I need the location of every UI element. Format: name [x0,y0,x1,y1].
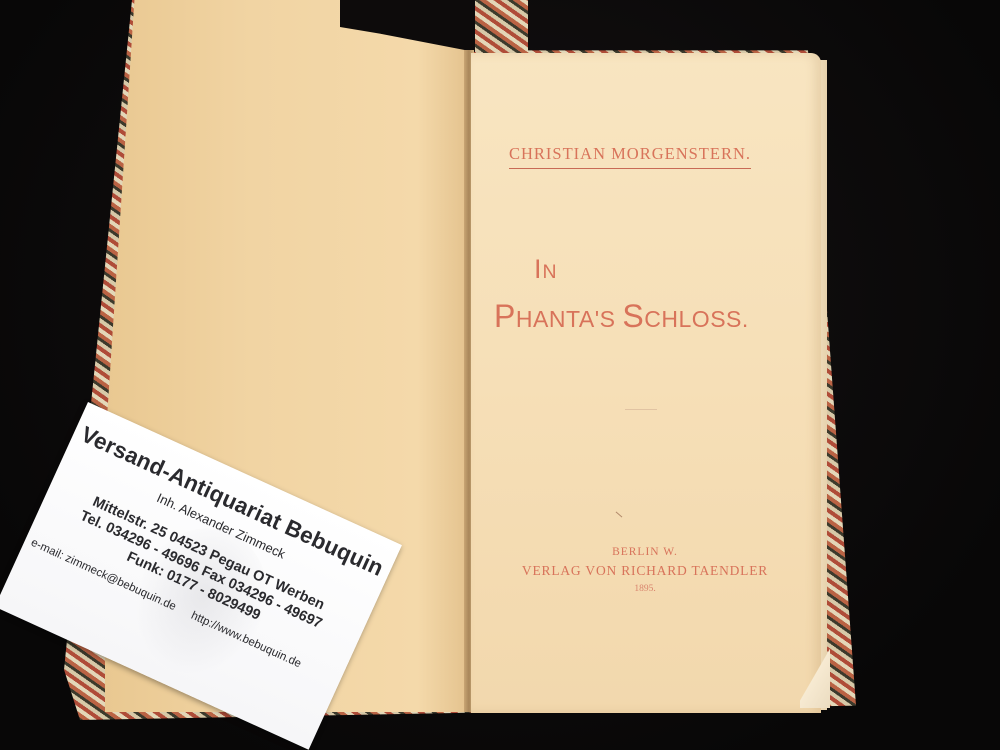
folded-page-corner [800,640,830,708]
publication-year: 1895. [600,584,690,594]
publisher-name: VERLAG VON RICHARD TAENDLER [510,563,780,579]
title-line-2: PHANTA'S SCHLOSS. [494,298,794,335]
title-line-1: IN [534,254,558,285]
author-name: CHRISTIAN MORGENSTERN. [500,144,760,164]
author-underline [509,168,751,169]
publisher-city: BERLIN W. [560,546,730,558]
decorative-rule [625,409,657,410]
